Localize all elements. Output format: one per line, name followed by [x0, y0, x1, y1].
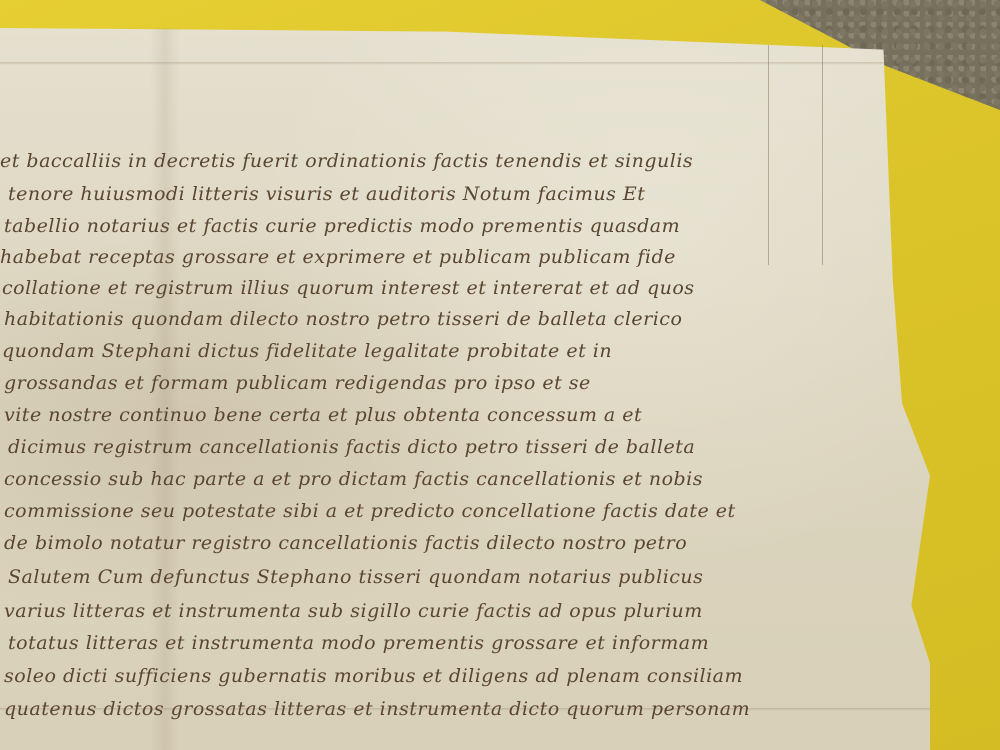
manuscript-line: tabellio notarius et factis curie predic…	[4, 215, 680, 237]
horizontal-fold-crease	[0, 62, 930, 65]
manuscript-line: collatione et registrum illius quorum in…	[2, 277, 695, 299]
manuscript-line: soleo dicti sufficiens gubernatis moribu…	[4, 665, 743, 687]
manuscript-line: grossandas et formam publicam redigendas…	[4, 372, 591, 394]
manuscript-line: quatenus dictos grossatas litteras et in…	[4, 698, 750, 720]
manuscript-line: de bimolo notatur registro cancellationi…	[4, 532, 687, 554]
margin-ruling-line	[768, 45, 769, 265]
manuscript-line: concessio sub hac parte a et pro dictam …	[4, 468, 703, 490]
margin-ruling-line-outer	[822, 45, 823, 265]
manuscript-line: totatus litteras et instrumenta modo pre…	[8, 632, 709, 654]
manuscript-line: tenore huiusmodi litteris visuris et aud…	[8, 183, 645, 205]
manuscript-line: habebat receptas grossare et exprimere e…	[0, 246, 676, 268]
manuscript-line: habitationis quondam dilecto nostro petr…	[4, 308, 682, 330]
manuscript-line: quondam Stephani dictus fidelitate legal…	[2, 340, 612, 362]
manuscript-line: varius litteras et instrumenta sub sigil…	[4, 600, 703, 622]
manuscript-line: Salutem Cum defunctus Stephano tisseri q…	[8, 566, 703, 588]
manuscript-line: dicimus registrum cancellationis factis …	[8, 436, 695, 458]
manuscript-line: vite nostre continuo bene certa et plus …	[4, 404, 642, 426]
manuscript-line: et baccalliis in decretis fuerit ordinat…	[0, 150, 693, 172]
manuscript-line: commissione seu potestate sibi a et pred…	[4, 500, 736, 522]
